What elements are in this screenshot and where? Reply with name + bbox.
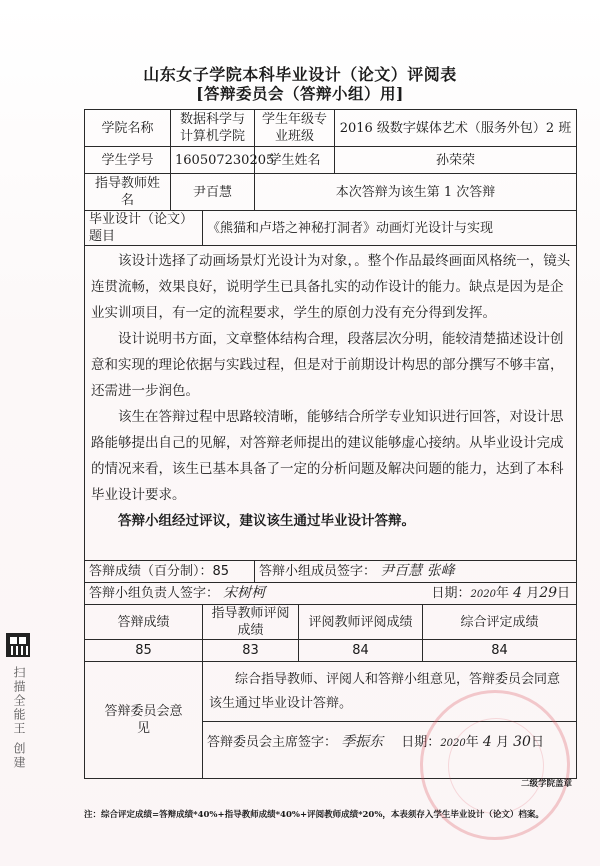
evaluation-paragraph: 设计说明书方面，文章整体结构合理，段落层次分明，能较清楚描述设计创意和实现的理论… — [91, 326, 572, 404]
scanner-watermark: 扫描全能王 创建 — [12, 666, 28, 770]
advisor-label: 指导教师姓名 — [85, 174, 171, 211]
members-signature: 尹百慧 张峰 — [380, 563, 454, 579]
row-advisor: 指导教师姓名 尹百慧 本次答辩为该生第 1 次答辩 — [85, 174, 577, 211]
student-name-value: 孙荣荣 — [335, 147, 577, 174]
evaluation-conclusion: 答辩小组经过评议，建议该生通过毕业设计答辩。 — [91, 508, 572, 534]
leader-signature-cell: 答辩小组负责人签字： 宋树柯 日期：2020年 4 月29日 — [85, 583, 577, 605]
grade-value: 2016 级数字媒体艺术（服务外包）2 班 — [335, 110, 577, 147]
row-defense-score: 答辩成绩（百分制）：85 答辩小组成员签字： 尹百慧 张峰 — [85, 561, 577, 583]
defense-score-label: 答辩成绩（百分制）： — [89, 564, 213, 579]
evaluation-form-table: 学院名称 数据科学与计算机学院 学生年级专业班级 2016 级数字媒体艺术（服务… — [84, 109, 577, 779]
topic-value: 《熊猫和卢塔之神秘打洞者》动画灯光设计与实现 — [203, 211, 577, 246]
college-seal-inner-ring — [448, 718, 544, 814]
score-value: 84 — [423, 640, 577, 662]
evaluation-paragraph: 该设计选择了动画场景灯光设计为对象，。整个作品最终画面风格统一，镜头连贯流畅，效… — [91, 248, 572, 326]
score-header: 指导教师评阅成绩 — [203, 605, 299, 640]
date-day: 29 — [539, 585, 557, 601]
leader-label: 答辩小组负责人签字： — [89, 586, 219, 601]
grade-label: 学生年级专业班级 — [255, 110, 335, 147]
evaluation-text: 该设计选择了动画场景灯光设计为对象，。整个作品最终画面风格统一，镜头连贯流畅，效… — [85, 246, 577, 561]
defense-score-cell: 答辩成绩（百分制）：85 — [85, 561, 255, 583]
members-label: 答辩小组成员签字： — [259, 564, 376, 579]
members-signature-cell: 答辩小组成员签字： 尹百慧 张峰 — [255, 561, 577, 583]
qr-code-icon — [6, 633, 30, 657]
score-value: 85 — [85, 640, 203, 662]
defense-score-value: 85 — [213, 564, 230, 579]
date-month: 4 — [513, 585, 522, 601]
advisor-value: 尹百慧 — [171, 174, 255, 211]
document-subtitle: [答辩委员会（答辩小组）用] — [0, 82, 600, 104]
student-id-value: 160507230205 — [171, 147, 255, 174]
year-char: 年 — [496, 586, 509, 601]
student-id-label: 学生学号 — [85, 147, 171, 174]
chair-signature: 季振东 — [341, 734, 383, 750]
score-header: 答辩成绩 — [85, 605, 203, 640]
committee-label: 答辩委员会意见 — [85, 662, 203, 779]
row-college: 学院名称 数据科学与计算机学院 学生年级专业班级 2016 级数字媒体艺术（服务… — [85, 110, 577, 147]
defense-count: 本次答辩为该生第 1 次答辩 — [255, 174, 577, 211]
score-value: 84 — [299, 640, 423, 662]
row-evaluation: 该设计选择了动画场景灯光设计为对象，。整个作品最终画面风格统一，镜头连贯流畅，效… — [85, 246, 577, 561]
date-label: 日期： — [432, 586, 471, 601]
topic-label: 毕业设计（论文）题目 — [85, 211, 203, 246]
date-year: 2020 — [471, 589, 496, 600]
score-value: 83 — [203, 640, 299, 662]
day-char: 日 — [557, 586, 570, 601]
row-score-headers: 答辩成绩 指导教师评阅成绩 评阅教师评阅成绩 综合评定成绩 — [85, 605, 577, 640]
row-leader: 答辩小组负责人签字： 宋树柯 日期：2020年 4 月29日 — [85, 583, 577, 605]
chair-label: 答辩委员会主席签字： — [207, 735, 337, 750]
stamp-label: 二级学院盖章 — [521, 777, 572, 789]
row-topic: 毕业设计（论文）题目 《熊猫和卢塔之神秘打洞者》动画灯光设计与实现 — [85, 211, 577, 246]
score-header: 综合评定成绩 — [423, 605, 577, 640]
month-char: 月 — [526, 586, 539, 601]
score-header: 评阅教师评阅成绩 — [299, 605, 423, 640]
defense-date: 日期：2020年 4 月29日 — [432, 585, 571, 603]
college-label: 学院名称 — [85, 110, 171, 147]
row-student: 学生学号 160507230205 学生姓名 孙荣荣 — [85, 147, 577, 174]
footer-note: 注：综合评定成绩=答辩成绩*40%+指导教师成绩*40%+评阅教师成绩*20%，… — [84, 808, 584, 820]
college-value: 数据科学与计算机学院 — [171, 110, 255, 147]
leader-signature: 宋树柯 — [223, 585, 265, 601]
row-score-values: 85 83 84 84 — [85, 640, 577, 662]
evaluation-paragraph: 该生在答辩过程中思路较清晰，能够结合所学专业知识进行回答，对设计思路能够提出自己… — [91, 404, 572, 508]
